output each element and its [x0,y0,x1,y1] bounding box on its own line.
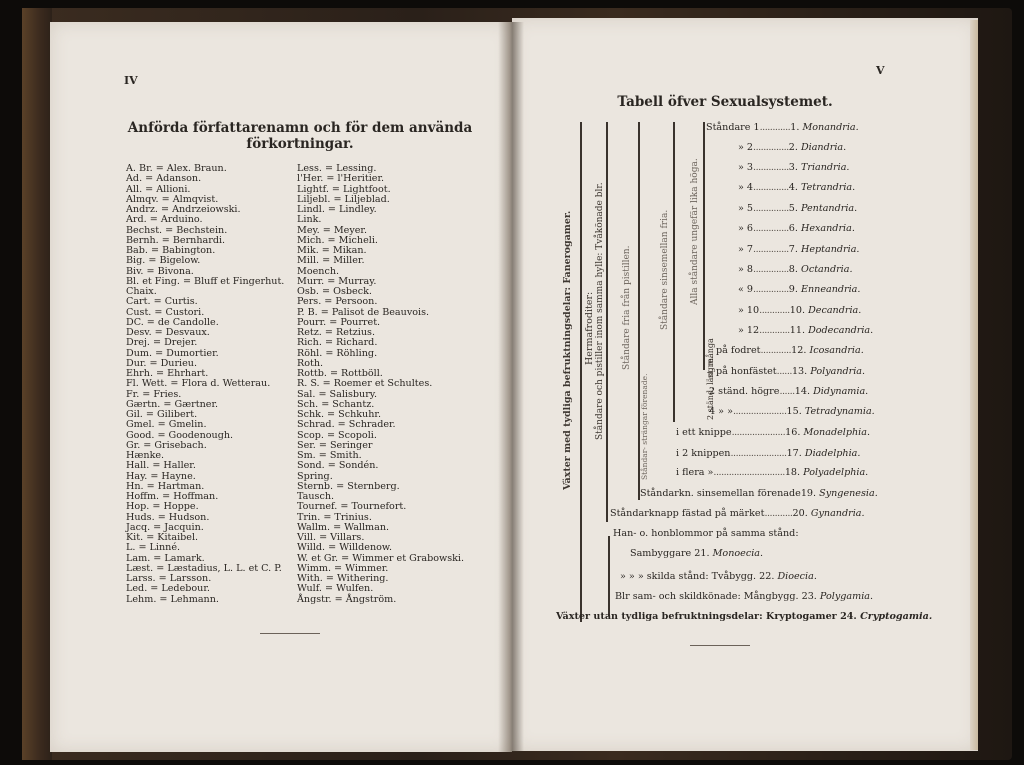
page-number-left: IV [124,74,138,87]
class-condition: » 3 [738,162,753,173]
class-row: « 9 .............. 9. Enneandria. [738,284,860,295]
book-spine-edge [22,8,52,760]
class-name: Syngenesia. [819,488,878,499]
class-number: 20. [792,508,807,519]
class-row: » 4 .............. 4. Tetrandria. [738,182,855,193]
dicliny-row: Blr sam- och skildkönade: Mångbygg. 23. … [615,591,873,602]
leader-dots: .............. [753,284,789,295]
class-number: 22. [759,571,774,582]
class-condition: » » » skilda stånd: Tvåbygg. [620,571,756,582]
class-number: 9. [789,284,798,295]
class-condition: » 7 [738,244,753,255]
bracket-fanerogamer [580,122,582,622]
class-name: Triandria. [801,162,850,173]
abbreviation-entry: Lehm. = Lehmann. [126,595,284,605]
label-tvakonade: Ståndare och pistiller inom samma hylle:… [595,182,605,440]
class-row: Ståndarkn. sinsemellan förenade 19. Syng… [640,488,878,499]
section-divider [690,645,750,646]
abbreviation-column-1: A. Br. = Alex. Braun.Ad. = Adanson.All. … [126,164,284,605]
leader-dots: ..................... [733,406,787,417]
class-condition: » 5 [738,203,753,214]
class-number: 21. [694,548,709,559]
class-condition: » 10 [738,305,759,316]
class-row: på honfästet ...... 13. Polyandria. [716,366,865,377]
class-name: Hexandria. [801,223,855,234]
class-name: Decandria. [808,305,861,316]
leader-dots: .............. [753,244,789,255]
leader-dots: ...... [777,366,792,377]
class-condition: Ståndare 1 [706,122,760,133]
class-condition: « 9 [738,284,753,295]
class-row: » 8 .............. 8. Octandria. [738,264,853,275]
leader-dots: .............. [753,203,789,214]
class-number: 3. [789,162,798,173]
class-condition: » 2 [738,142,753,153]
class-name: Heptandria. [801,244,860,255]
abbreviations-title: Anförda författarenamn och för dem använ… [100,120,500,152]
sexual-system-title: Tabell öfver Sexualsystemet. [610,94,840,110]
abbreviation-entry: Willd. = Willdenow. [297,543,464,553]
class-row: » 10 ............ 10. Decandria. [738,305,861,316]
abbreviation-entry: Led. = Ledebour. [126,584,284,594]
leader-dots: .............. [753,264,789,275]
class-condition: Växter utan tydliga befruktningsdelar: K… [556,611,837,622]
abbreviation-column-2: Less. = Lessing.l'Her. = l'Heritier.Ligh… [297,164,464,605]
abbreviation-entry: Mill. = Miller. [297,256,464,266]
class-number: 18. [785,467,800,478]
class-condition: Sambyggare [630,548,691,559]
leader-dots: ...................... [730,448,786,459]
abbreviation-entry: Tournef. = Tournefort. [297,502,464,512]
bracket-diklinar [608,536,610,616]
class-condition: » 8 [738,264,753,275]
class-number: 15. [787,406,802,417]
label-lika-hoga: Alla ståndare ungefär lika höga. [690,158,700,305]
class-number: 16. [785,427,800,438]
page-block-edge [970,20,978,750]
class-number: 12. [791,345,806,356]
leader-dots: ...... [779,386,794,397]
class-number: 4. [789,182,798,193]
class-name: Didynamia. [813,386,868,397]
abbreviation-entry: Ard. = Arduino. [126,215,284,225]
abbreviation-entry: Rich. = Richard. [297,338,464,348]
abbreviation-entry: l'Her. = l'Heritier. [297,174,464,184]
dicliny-row: Sambyggare 21. Monoecia. [630,548,763,559]
title-line-2: förkortningar. [100,136,500,152]
class-condition: 4 » » [709,406,733,417]
class-number: 7. [789,244,798,255]
class-condition: i ett knippe [676,427,732,438]
bracket-hermafroditer [606,122,608,522]
leader-dots: ............ [759,305,790,316]
class-row: » 6 .............. 6. Hexandria. [738,223,855,234]
class-name: Enneandria. [801,284,861,295]
class-row-kryptogamer: Växter utan tydliga befruktningsdelar: K… [556,611,932,622]
abbreviation-entry: Schrad. = Schrader. [297,420,464,430]
abbreviation-entry: Hop. = Hoppe. [126,502,284,512]
leader-dots: .............. [753,162,789,173]
class-number: 24. [840,611,857,622]
class-name: Dodecandria. [808,325,873,336]
class-name: Polyandria. [810,366,865,377]
leader-dots: ..................... [732,427,786,438]
class-row: » 2 .............. 2. Diandria. [738,142,846,153]
abbreviation-entry: Hall. = Haller. [126,461,284,471]
abbreviation-entry: R. S. = Roemer et Schultes. [297,379,464,389]
class-name: Octandria. [801,264,853,275]
dicliny-row: » » » skilda stånd: Tvåbygg. 22. Dioecia… [620,571,817,582]
abbreviation-entry: Wulf. = Wulfen. [297,584,464,594]
class-row: » 7 .............. 7. Heptandria. [738,244,859,255]
book-gutter [498,22,524,752]
class-condition: i flera » [676,467,713,478]
abbreviation-entry: Lindl. = Lindley. [297,205,464,215]
class-number: 23. [802,591,817,602]
abbreviation-entry: Fl. Wett. = Flora d. Wetterau. [126,379,284,389]
leader-dots: ............ [760,122,791,133]
leader-dots: ............ [759,325,790,336]
abbreviation-entry: L. = Linné. [126,543,284,553]
class-name: Monadelphia. [803,427,870,438]
label-strangar-forenade: Ståndar- strängar förenade. [640,374,649,480]
class-name: Diadelphia. [805,448,861,459]
leader-dots: .............. [753,142,789,153]
class-name: Monandria. [802,122,858,133]
class-number: 19. [801,488,816,499]
class-condition: 2 ständ. högre [709,386,779,397]
class-number: 17. [787,448,802,459]
class-number: 8. [789,264,798,275]
bracket-lika-hoga [703,122,705,370]
class-name: Polyadelphia. [803,467,868,478]
abbreviation-entry: Link. [297,215,464,225]
leader-dots: .............. [753,223,789,234]
class-name: Cryptogamia. [860,611,932,622]
abbreviation-entry: Sond. = Sondén. [297,461,464,471]
title-line-1: Anförda författarenamn och för dem använ… [100,120,500,136]
class-name: Gynandria. [811,508,865,519]
class-number: 5. [789,203,798,214]
abbreviation-entry: Pers. = Persoon. [297,297,464,307]
class-name: Pentandria. [801,203,857,214]
class-number: 11. [790,325,805,336]
label-fria-fran-pistillen: Ståndare fria från pistillen. [622,246,632,370]
class-row: » 5 .............. 5. Pentandria. [738,203,857,214]
class-name: Icosandria. [809,345,863,356]
abbreviation-entry: Cart. = Curtis. [126,297,284,307]
leader-dots: .............. [753,182,789,193]
class-condition: Ståndarkn. sinsemellan förenade [640,488,801,499]
class-condition: » 6 [738,223,753,234]
page-number-right: V [876,64,885,77]
class-number: 6. [789,223,798,234]
class-condition: » 12 [738,325,759,336]
class-name: Monoecia. [713,548,763,559]
bracket-sinsemellan-fria [673,122,675,422]
class-name: Polygamia. [820,591,873,602]
class-name: Dioecia. [777,571,816,582]
class-condition: Ståndarknapp fästad på märket [610,508,764,519]
class-name: Tetrandria. [801,182,855,193]
leader-dots: ............................ [713,467,784,478]
class-number: 14. [795,386,810,397]
class-row: 4 » » ..................... 15. Tetradyn… [709,406,875,417]
class-number: 13. [792,366,807,377]
abbreviation-entry: Ångstr. = Ångström. [297,595,464,605]
abbreviation-entry: Gmel. = Gmelin. [126,420,284,430]
class-name: Tetradynamia. [805,406,875,417]
abbreviation-entry: Ad. = Adanson. [126,174,284,184]
class-row: på fodret ............ 12. Icosandria. [716,345,864,356]
class-number: 10. [790,305,805,316]
section-divider [260,633,320,634]
class-row: » 3 .............. 3. Triandria. [738,162,849,173]
label-fanerogamer: Växter med tydliga befruktningsdelar: Fa… [562,211,573,490]
dicliny-header: Han- o. honblommor på samma stånd: [613,528,799,539]
class-row: i 2 knippen ...................... 17. D… [676,448,860,459]
abbreviation-entry: Big. = Bigelow. [126,256,284,266]
label-hermafroditer: Hermafroditer: [584,292,595,365]
label-sinsemellan-fria: Ståndare sinsemellan fria. [660,210,670,330]
class-condition: Blr sam- och skildkönade: Mångbygg. [615,591,799,602]
class-row: i flera » ............................ 1… [676,467,868,478]
class-row: i ett knippe ..................... 16. M… [676,427,870,438]
leader-dots: ........... [764,508,792,519]
class-row: 2 ständ. högre ...... 14. Didynamia. [709,386,868,397]
class-condition: i 2 knippen [676,448,730,459]
class-condition: » 4 [738,182,753,193]
abbreviation-entry: Drej. = Drejer. [126,338,284,348]
class-name: Diandria. [801,142,846,153]
class-number: 2. [789,142,798,153]
class-number: 1. [790,122,799,133]
class-row: » 12 ............ 11. Dodecandria. [738,325,873,336]
class-condition: på honfästet [716,366,777,377]
leader-dots: ............ [761,345,792,356]
class-row: Ståndarknapp fästad på märket ..........… [610,508,865,519]
class-condition: på fodret [716,345,761,356]
class-row: Ståndare 1 ............ 1. Monandria. [706,122,859,133]
